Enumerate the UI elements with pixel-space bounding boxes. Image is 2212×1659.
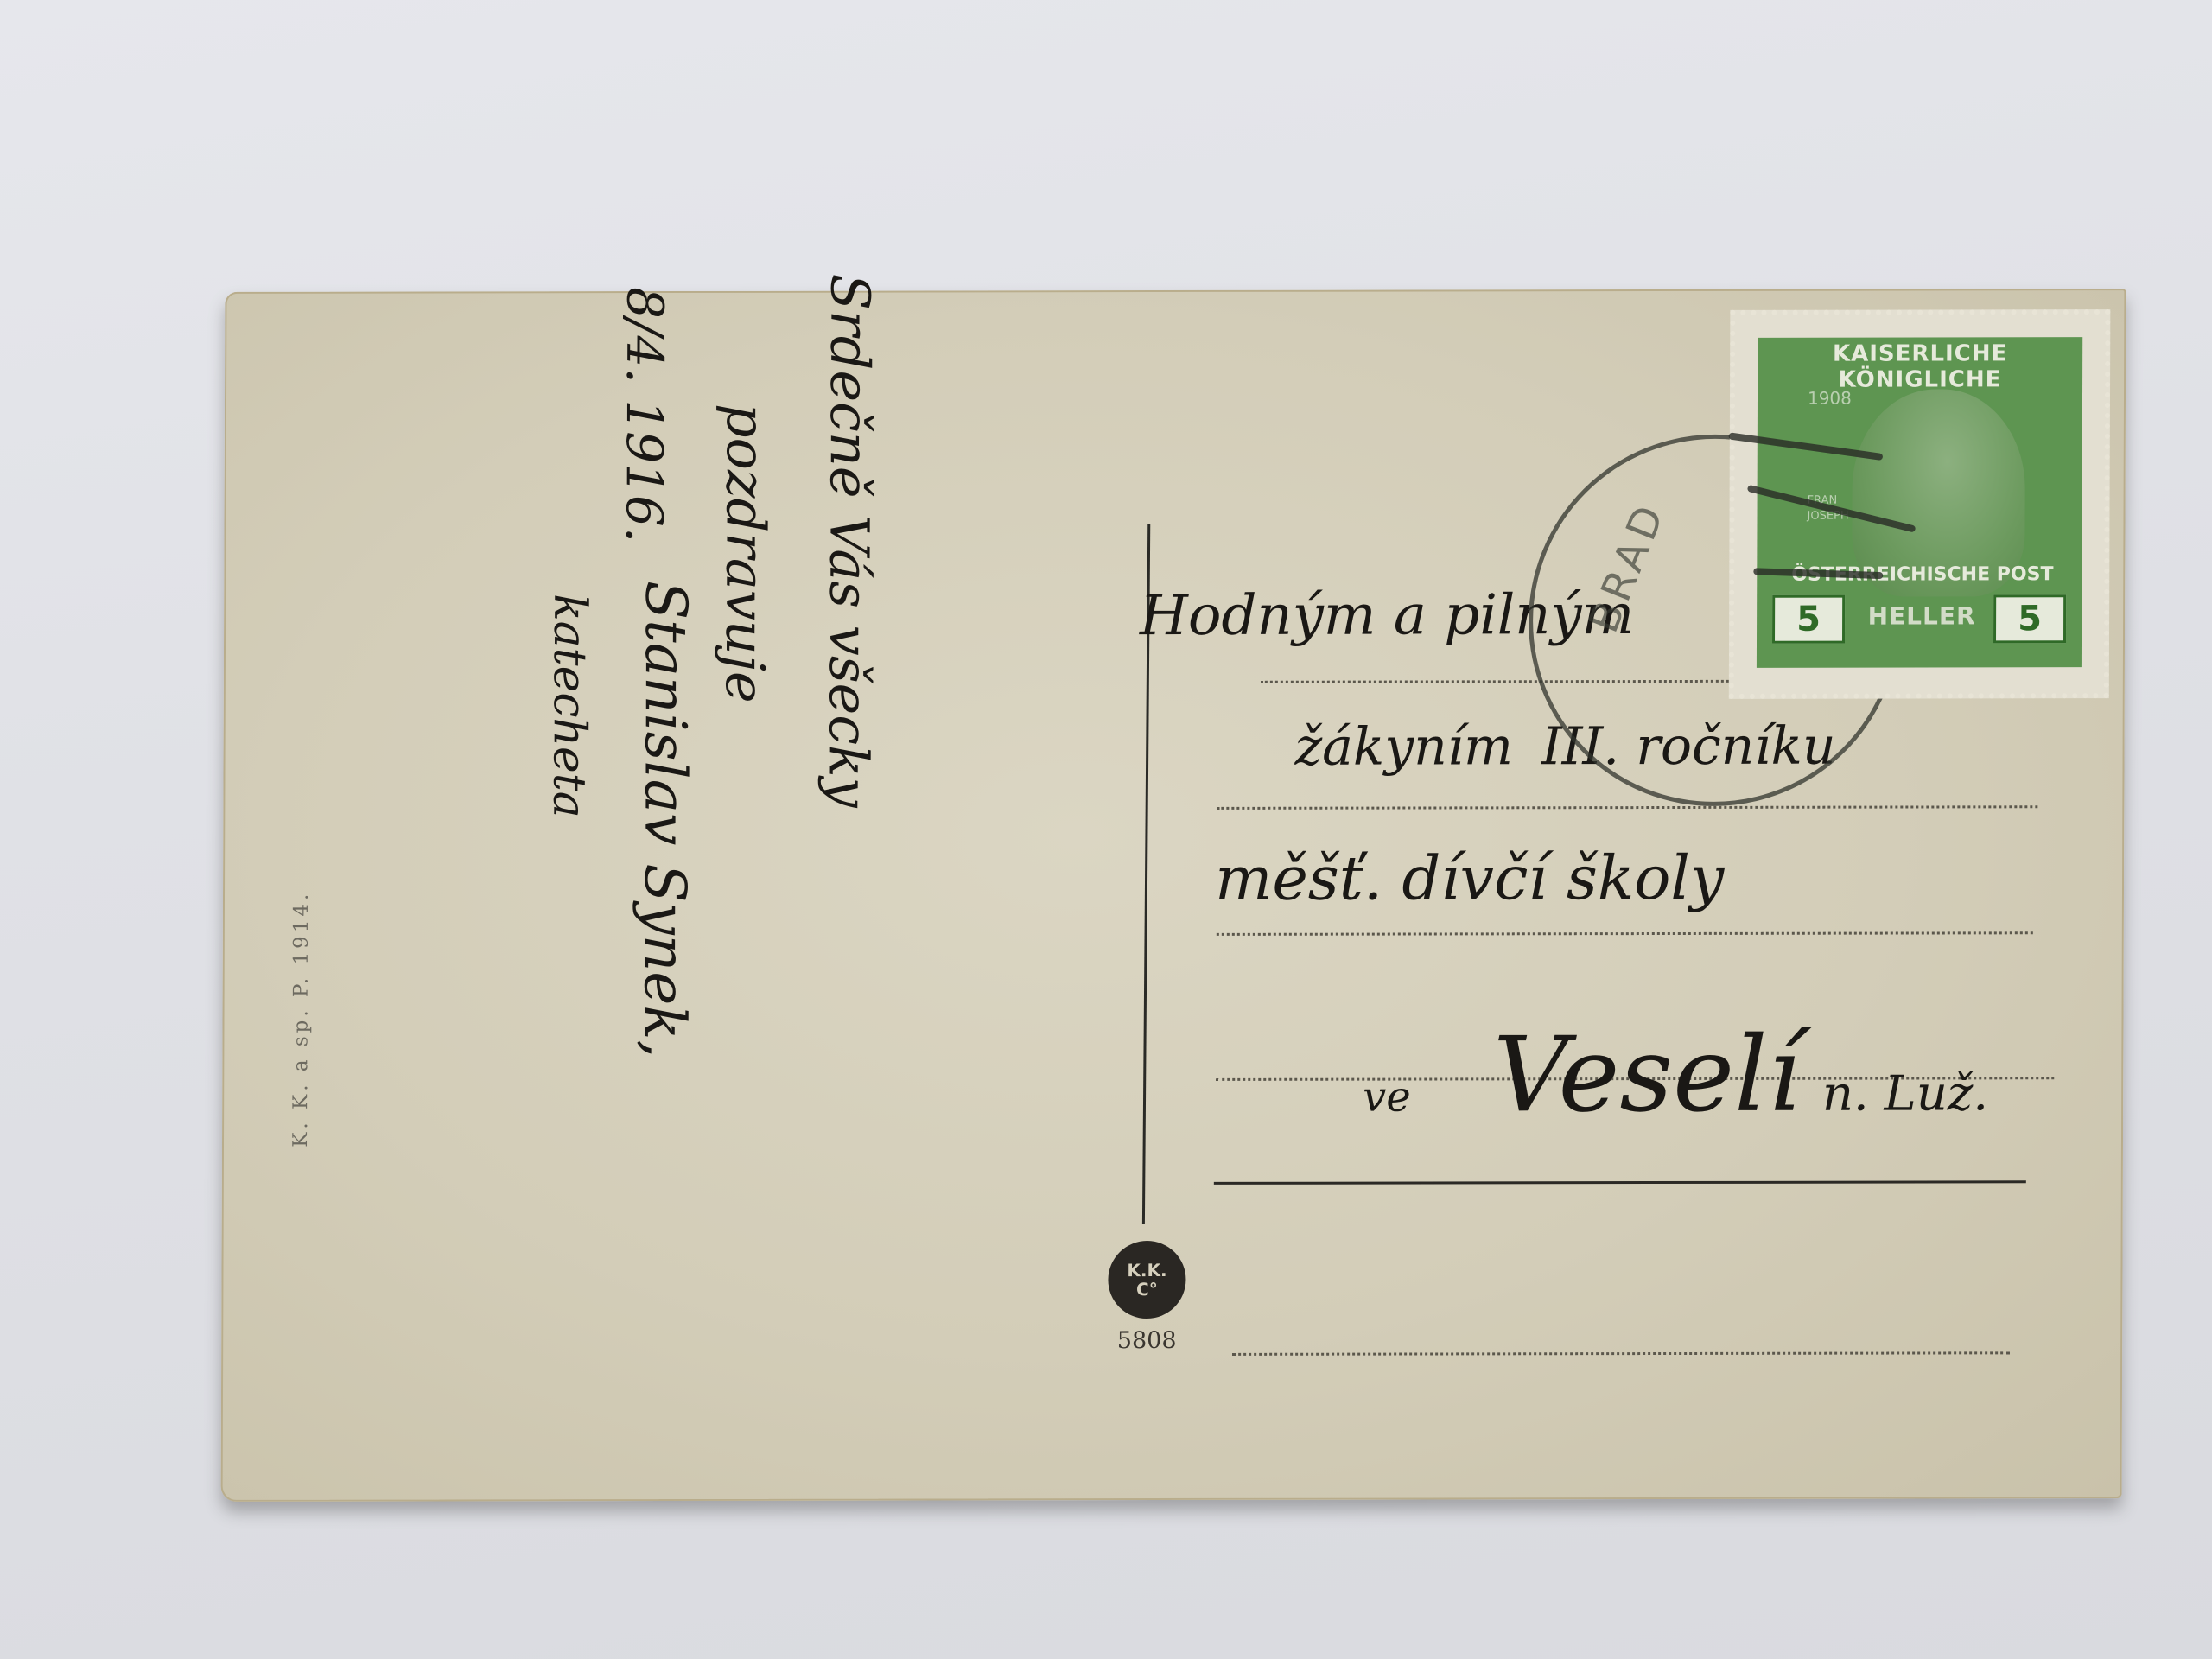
stamp-value-right: 5	[1993, 594, 2066, 643]
address-prefix: ve	[1363, 1073, 1411, 1122]
address-place: Veselí	[1493, 1015, 1801, 1136]
stamp-denomination: HELLER	[1859, 601, 1985, 630]
address-school: měšť. dívčí školy	[1215, 842, 1725, 914]
stamp-value-left: 5	[1772, 595, 1845, 644]
address-line-3	[1217, 931, 2033, 936]
stamp-year: 1908	[1808, 388, 1852, 409]
publisher-imprint: K. K. a sp. P. 1914.	[289, 891, 313, 1147]
address-line-5	[1232, 1351, 2010, 1356]
postmark-text: BRAD	[1580, 494, 1676, 639]
catalog-number: 5808	[1108, 1327, 1185, 1354]
address-suffix: n. Luž.	[1822, 1065, 1988, 1122]
address-underline	[1214, 1180, 2026, 1185]
address-pupils: žákyním	[1294, 716, 1513, 777]
publisher-logo-icon: K.K. C°	[1108, 1241, 1185, 1319]
message-signature: Stanislav Synek,	[631, 581, 699, 1058]
message-greeting: Srdečně Vás všecky	[817, 274, 881, 808]
address-town: ve Veselí n. Luž.	[1363, 1014, 1988, 1135]
logo-line1: K.K.	[1108, 1261, 1185, 1280]
address-line-2	[1217, 805, 2037, 810]
message-title: katecheta	[543, 594, 595, 818]
stamp-inscription-top: KAISERLICHE KÖNIGLICHE	[1758, 340, 2082, 393]
message-closing: pozdravuje	[714, 404, 778, 703]
logo-line2: C°	[1108, 1280, 1185, 1299]
message-date: 8/4. 1916.	[614, 287, 674, 543]
postage-stamp: KAISERLICHE KÖNIGLICHE 1908 FRAN JOSEPH …	[1729, 309, 2111, 699]
postcard: K. K. a sp. P. 1914. 8/4. 1916. Srdečně …	[221, 289, 2126, 1502]
